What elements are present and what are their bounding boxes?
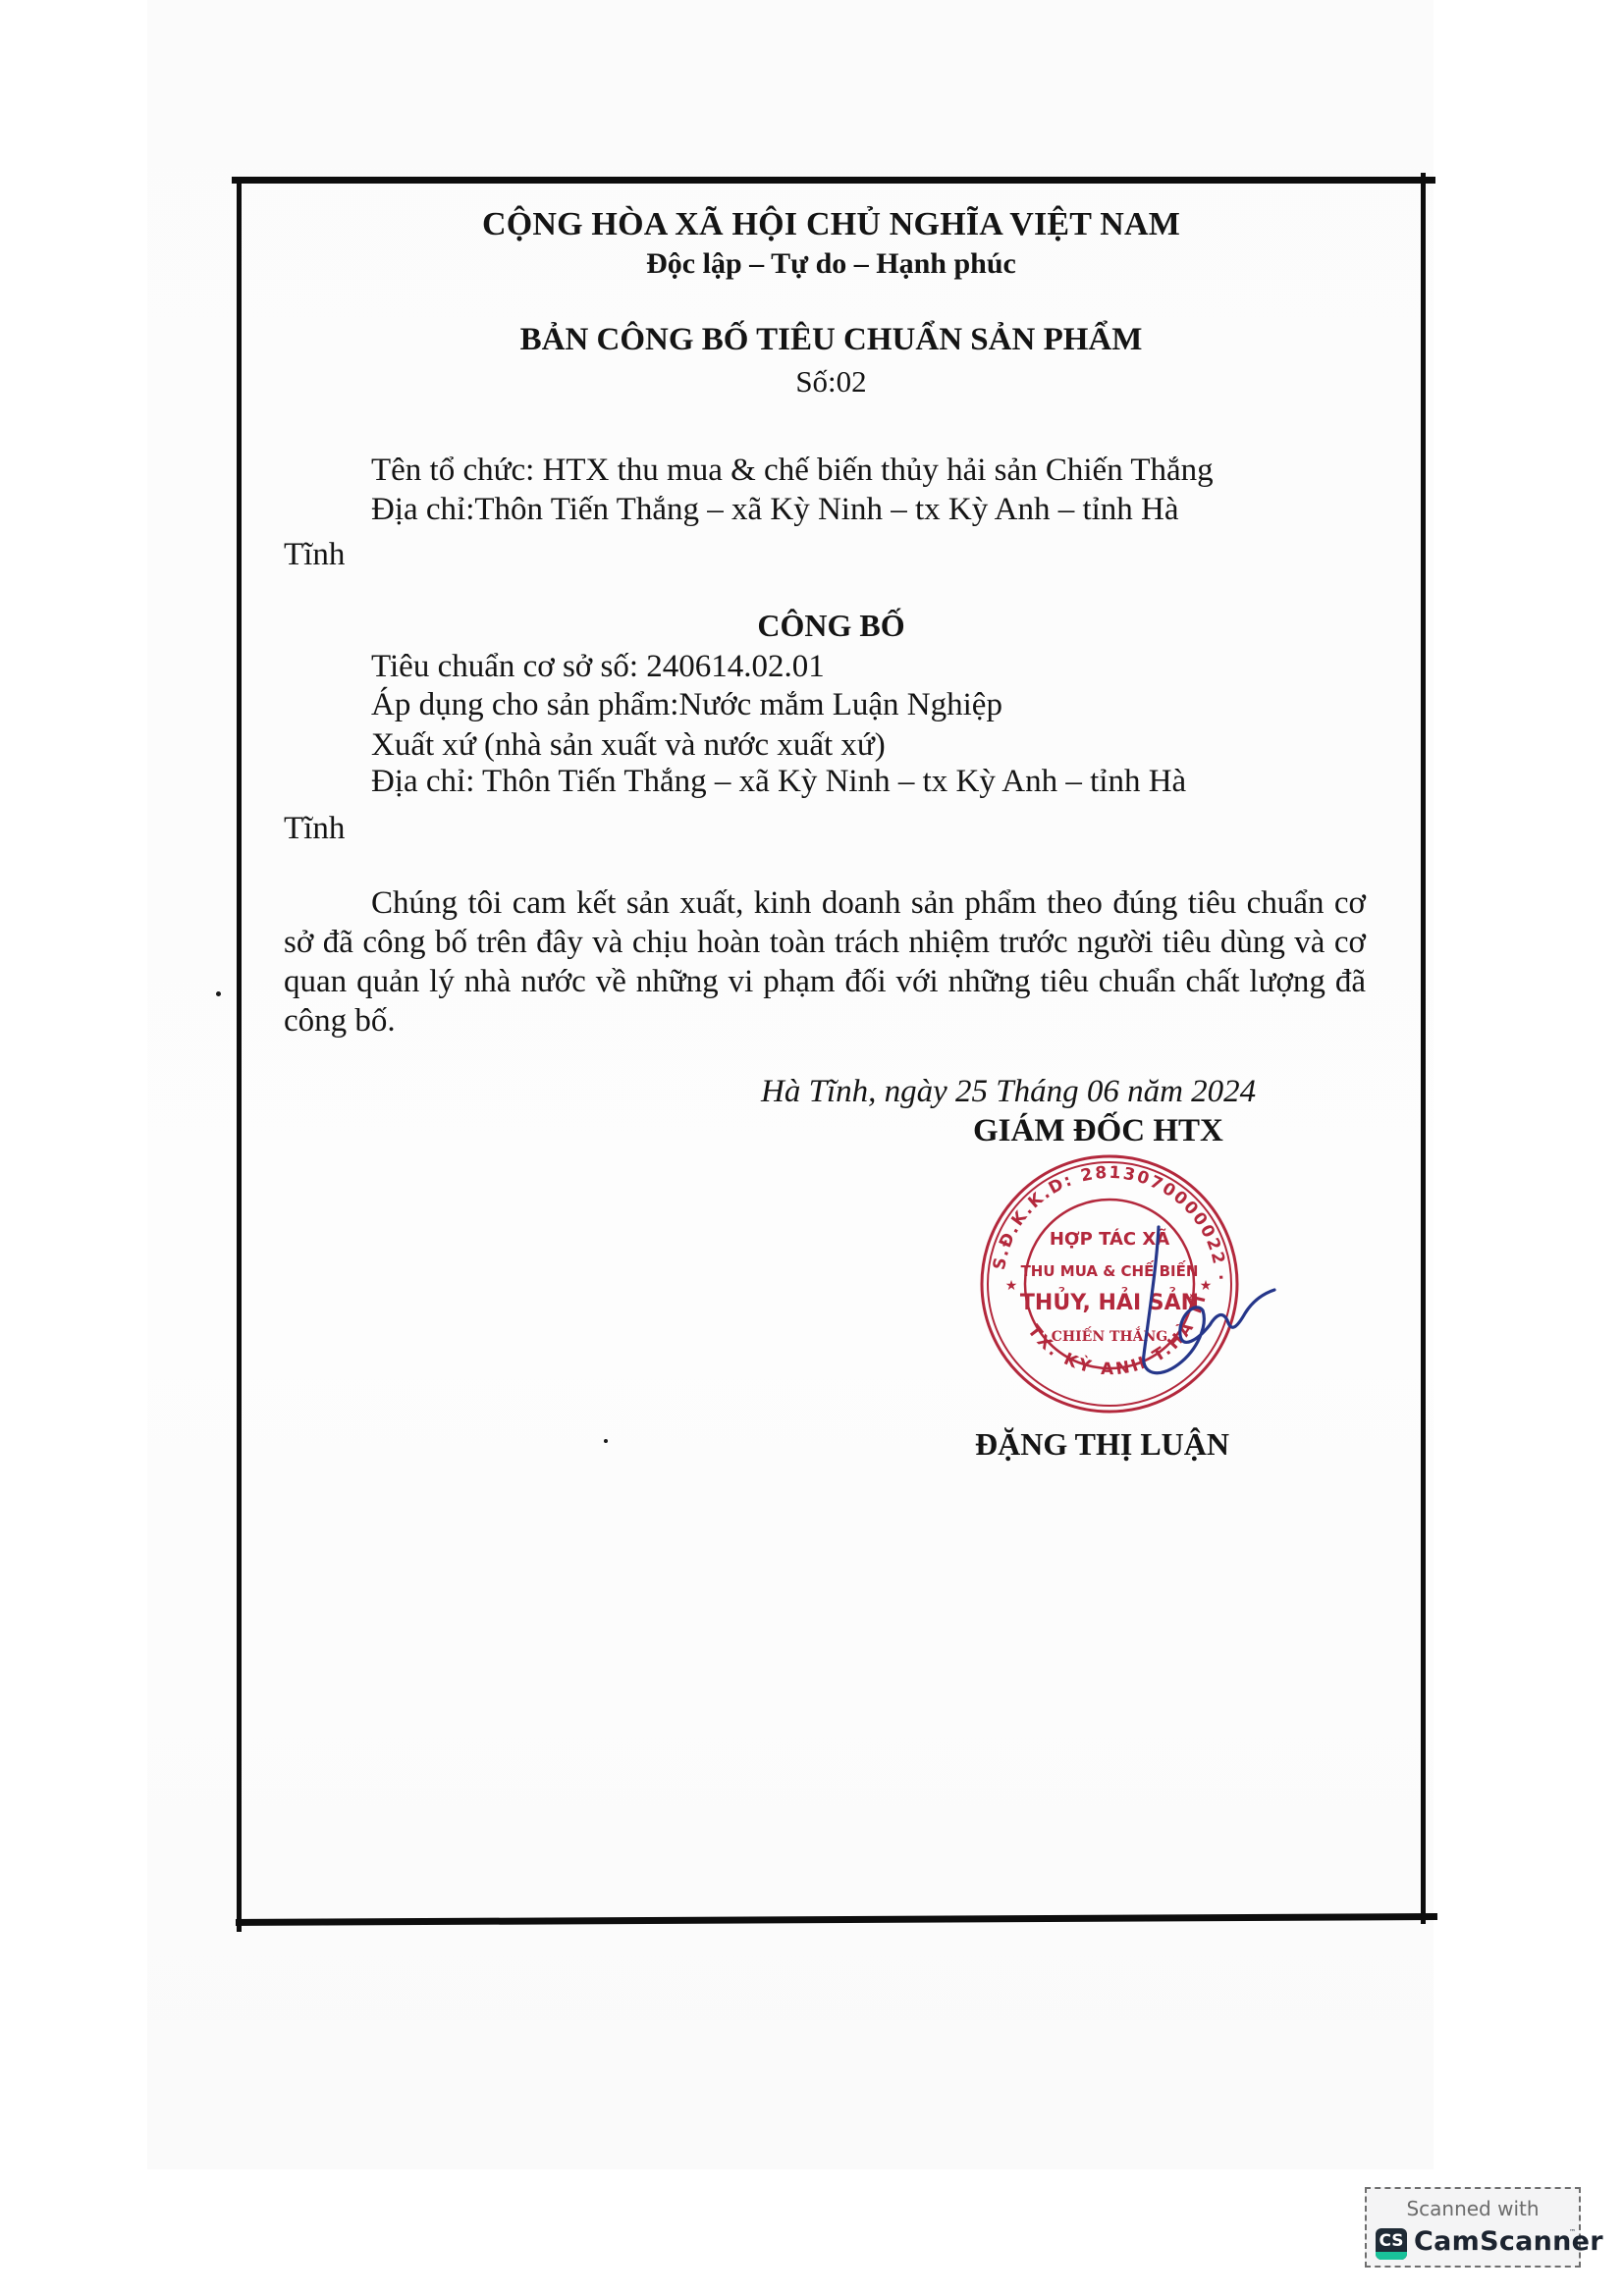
frame-top-border — [232, 177, 1435, 184]
organization-address-continued: Tĩnh — [284, 539, 345, 571]
document-title: BẢN CÔNG BỐ TIÊU CHUẨN SẢN PHẨM — [242, 324, 1421, 356]
handwritten-signature — [1139, 1217, 1286, 1384]
document-number: Số:02 — [242, 366, 1421, 397]
place-and-date: Hà Tĩnh, ngày 25 Tháng 06 năm 2024 — [761, 1076, 1256, 1108]
product-applies-to: Áp dụng cho sản phẩm:Nước mắm Luận Nghiệ… — [371, 689, 1002, 721]
frame-right-border — [1421, 173, 1426, 1924]
signer-role: GIÁM ĐỐC HTX — [973, 1115, 1223, 1148]
producer-address: Địa chỉ: Thôn Tiến Thắng – xã Kỳ Ninh – … — [371, 766, 1186, 798]
announcement-heading: CÔNG BỐ — [242, 610, 1421, 641]
organization-address: Địa chỉ:Thôn Tiến Thắng – xã Kỳ Ninh – t… — [371, 494, 1179, 526]
frame-left-border — [237, 179, 242, 1932]
watermark-caption: Scanned with — [1367, 2197, 1579, 2220]
commitment-paragraph: Chúng tôi cam kết sản xuất, kinh doanh s… — [284, 883, 1366, 1041]
scan-speck — [604, 1439, 608, 1443]
signer-name: ĐẶNG THỊ LUẬN — [975, 1428, 1229, 1460]
national-title: CỘNG HÒA XÃ HỘI CHỦ NGHĨA VIỆT NAM — [242, 208, 1421, 241]
camscanner-logo-icon: CS — [1376, 2228, 1407, 2260]
national-motto: Độc lập – Tự do – Hạnh phúc — [242, 249, 1421, 279]
commitment-text: Chúng tôi cam kết sản xuất, kinh doanh s… — [284, 885, 1366, 1039]
scan-speck — [216, 991, 221, 996]
standard-number: Tiêu chuẩn cơ sở số: 240614.02.01 — [371, 651, 825, 683]
organization-name: Tên tổ chức: HTX thu mua & chế biến thủy… — [371, 454, 1214, 487]
trademark-symbol: ™ — [1569, 2228, 1576, 2236]
product-origin: Xuất xứ (nhà sản xuất và nước xuất xứ) — [371, 729, 886, 762]
producer-address-continued: Tĩnh — [284, 813, 345, 845]
camscanner-watermark: Scanned with CS CamScanner ™ — [1365, 2187, 1581, 2268]
seal-star-left-icon: ★ — [1005, 1278, 1018, 1294]
